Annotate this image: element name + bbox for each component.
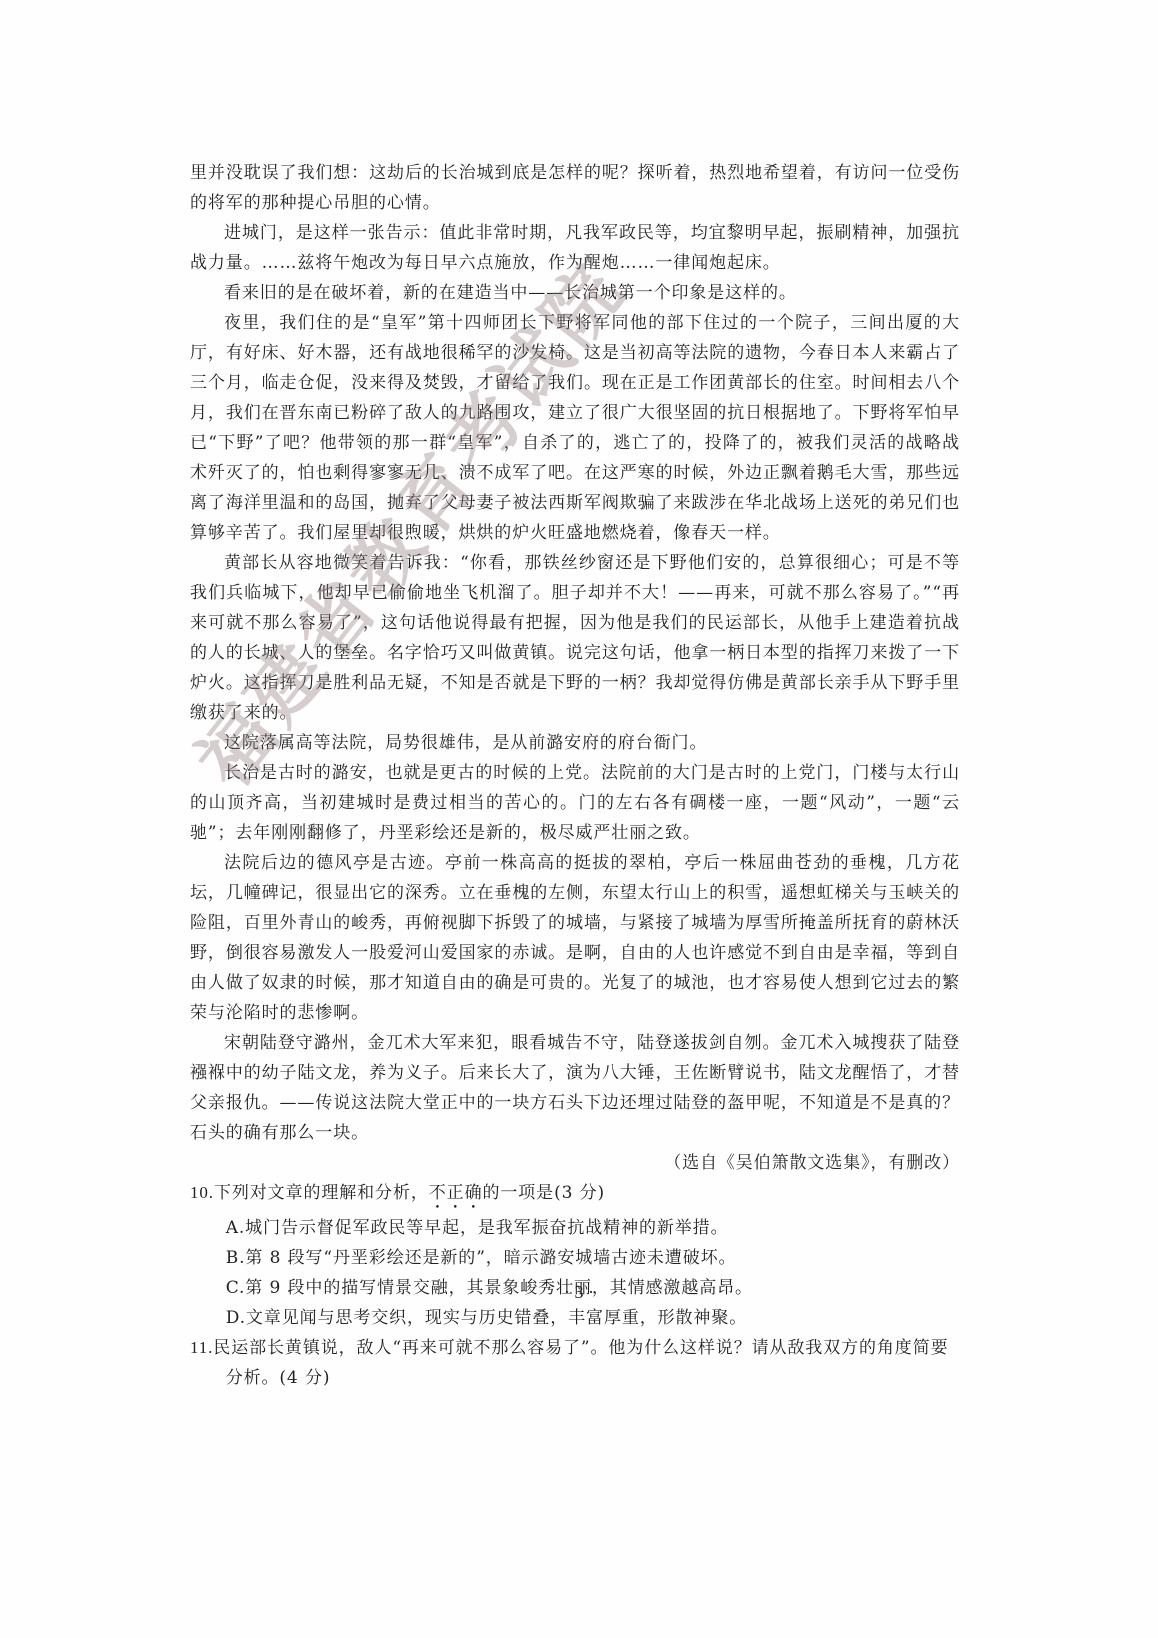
option-b: B.第 8 段写“丹垩彩绘还是新的”，暗示潞安城墙古迹未遭破坏。 [190,1243,960,1273]
question-number: 11. [190,1338,213,1357]
page-content: 里并没耽误了我们想：这劫后的长治城到底是怎样的呢？探听着，热烈地希望着，有访问一… [190,158,960,1393]
passage-paragraph-7: 长治是古时的潞安，也就是更古的时候的上党。法院前的大门是古时的上党门，门楼与太行… [190,758,960,848]
question-11: 11.民运部长黄镇说，敌人“再来可就不那么容易了”。他为什么这样说？请从敌我双方… [190,1333,960,1393]
option-d: D.文章见闻与思考交织，现实与历史错叠，丰富厚重，形散神聚。 [190,1303,960,1333]
question-10-stem: 10.下列对文章的理解和分析，不正确的一项是(3 分) [190,1178,960,1213]
passage-paragraph-2: 进城门，是这样一张告示：值此非常时期，凡我军政民等，均宜黎明早起，振刷精神，加强… [190,218,960,278]
option-text: 第 8 段写“丹垩彩绘还是新的”，暗示潞安城墙古迹未遭破坏。 [245,1248,736,1268]
passage-paragraph-3: 看来旧的是在破坏着，新的在建造当中——长治城第一个印象是这样的。 [190,278,960,308]
emphasized-text: 不正确 [429,1183,483,1203]
option-label: A. [226,1218,245,1238]
passage-paragraph-5: 黄部长从容地微笑着告诉我：“你看，那铁丝纱窗还是下野他们安的，总算很细心；可是不… [190,548,960,728]
passage-source: （选自《吴伯箫散文选集》，有删改） [190,1148,960,1178]
passage-paragraph-1: 里并没耽误了我们想：这劫后的长治城到底是怎样的呢？探听着，热烈地希望着，有访问一… [190,158,960,218]
question-stem-part: 下列对文章的理解和分析， [214,1183,429,1203]
question-10: 10.下列对文章的理解和分析，不正确的一项是(3 分) A.城门告示督促军政民等… [190,1178,960,1333]
passage-paragraph-4: 夜里，我们住的是“皇军”第十四师团长下野将军同他的部下住过的一个院子，三间出厦的… [190,308,960,548]
question-11-stem: 11.民运部长黄镇说，敌人“再来可就不那么容易了”。他为什么这样说？请从敌我双方… [190,1333,960,1393]
question-stem: 民运部长黄镇说，敌人“再来可就不那么容易了”。他为什么这样说？请从敌我双方的角度… [213,1338,948,1388]
passage-paragraph-8: 法院后边的德风亭是古迹。亭前一株高高的挺拔的翠柏，亭后一株屈曲苍劲的垂槐，几方花… [190,848,960,1028]
option-text: 城门告示督促军政民等早起，是我军振奋抗战精神的新举措。 [245,1218,728,1238]
option-label: B. [226,1248,246,1268]
exam-page: 里并没耽误了我们想：这劫后的长治城到底是怎样的呢？探听着，热烈地希望着，有访问一… [0,0,1158,1638]
passage-paragraph-6: 这院落属高等法院，局势很雄伟，是从前潞安府的府台衙门。 [190,728,960,758]
question-number: 10. [190,1183,214,1202]
option-a: A.城门告示督促军政民等早起，是我军振奋抗战精神的新举措。 [190,1213,960,1243]
option-label: D. [226,1308,246,1328]
option-text: 文章见闻与思考交织，现实与历史错叠，丰富厚重，形散神聚。 [246,1308,747,1328]
passage-paragraph-9: 宋朝陆登守潞州，金兀术大军来犯，眼看城告不守，陆登遂拔剑自刎。金兀术入城搜获了陆… [190,1028,960,1148]
question-stem-part: 的一项是(3 分) [482,1183,605,1203]
page-number: · 3 · [0,1282,1158,1303]
